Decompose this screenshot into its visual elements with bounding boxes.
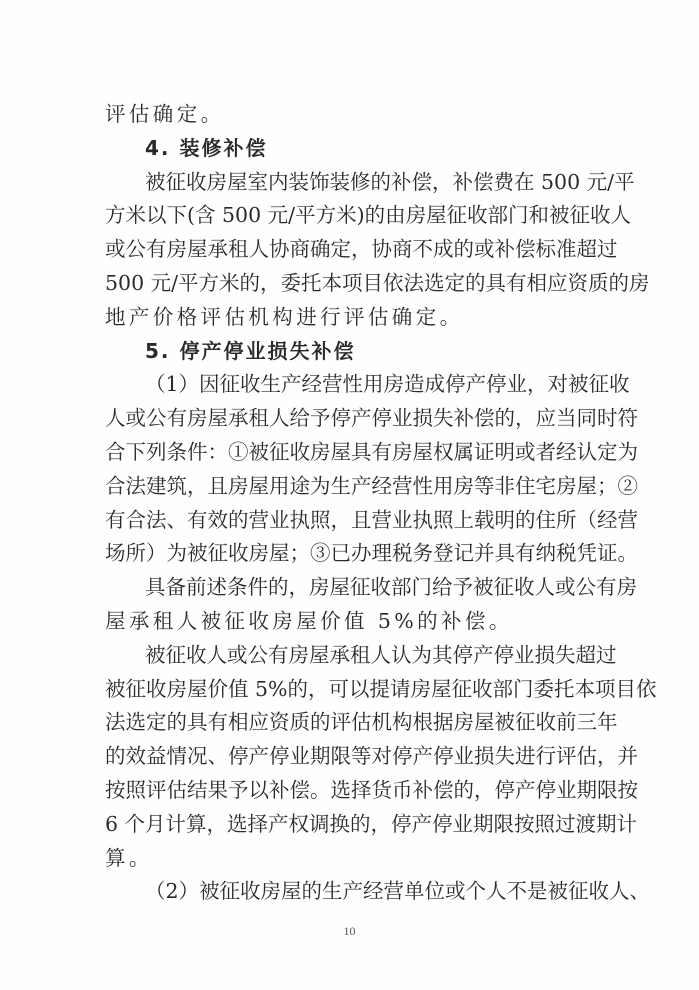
paragraph-line: 按照评估结果予以补偿。选择货币补偿的，停产停业期限按 [105, 774, 589, 808]
paragraph-line: 或公有房屋承租人协商确定，协商不成的或补偿标准超过 [105, 233, 589, 267]
paragraph-line: 的效益情况、停产停业期限等对停产停业损失进行评估，并 [105, 740, 589, 774]
paragraph-line: 屋承租人被征收房屋价值 5%的补偿。 [105, 605, 589, 639]
paragraph-line: 被征收人或公有房屋承租人认为其停产停业损失超过 [105, 639, 589, 673]
paragraph-line: 人或公有房屋承租人给予停产停业损失补偿的，应当同时符 [105, 402, 589, 436]
paragraph-line: 有合法、有效的营业执照，且营业执照上载明的住所（经营 [105, 504, 589, 538]
paragraph-line: 具备前述条件的，房屋征收部门给予被征收人或公有房 [105, 571, 589, 605]
page-number: 10 [0, 924, 699, 939]
paragraph-line: （2）被征收房屋的生产经营单位或个人不是被征收人、 [105, 875, 589, 909]
paragraph-line: 合法建筑，且房屋用途为生产经营性用房等非住宅房屋；② [105, 470, 589, 504]
paragraph-line: 被征收房屋价值 5%的，可以提请房屋征收部门委托本项目依 [105, 673, 589, 707]
section-heading-decoration-compensation: 4. 装修补偿 [105, 132, 589, 166]
paragraph-line: （1）因征收生产经营性用房造成停产停业，对被征收 [105, 368, 589, 402]
paragraph-line: 算。 [105, 842, 589, 876]
paragraph-line: 方米以下(含 500 元/平方米)的由房屋征收部门和被征收人 [105, 199, 589, 233]
document-page: 评估确定。 4. 装修补偿 被征收房屋室内装饰装修的补偿，补偿费在 500 元/… [0, 0, 699, 990]
paragraph-line: 评估确定。 [105, 98, 589, 132]
paragraph-line: 500 元/平方米的，委托本项目依法选定的具有相应资质的房 [105, 267, 589, 301]
section-heading-business-loss-compensation: 5. 停产停业损失补偿 [105, 335, 589, 369]
paragraph-line: 6 个月计算，选择产权调换的，停产停业期限按照过渡期计 [105, 808, 589, 842]
paragraph-line: 被征收房屋室内装饰装修的补偿，补偿费在 500 元/平 [105, 166, 589, 200]
paragraph-line: 合下列条件：①被征收房屋具有房屋权属证明或者经认定为 [105, 436, 589, 470]
paragraph-line: 地产价格评估机构进行评估确定。 [105, 301, 589, 335]
paragraph-line: 场所）为被征收房屋；③已办理税务登记并具有纳税凭证。 [105, 537, 589, 571]
paragraph-line: 法选定的具有相应资质的评估机构根据房屋被征收前三年 [105, 706, 589, 740]
document-body: 评估确定。 4. 装修补偿 被征收房屋室内装饰装修的补偿，补偿费在 500 元/… [105, 98, 589, 909]
